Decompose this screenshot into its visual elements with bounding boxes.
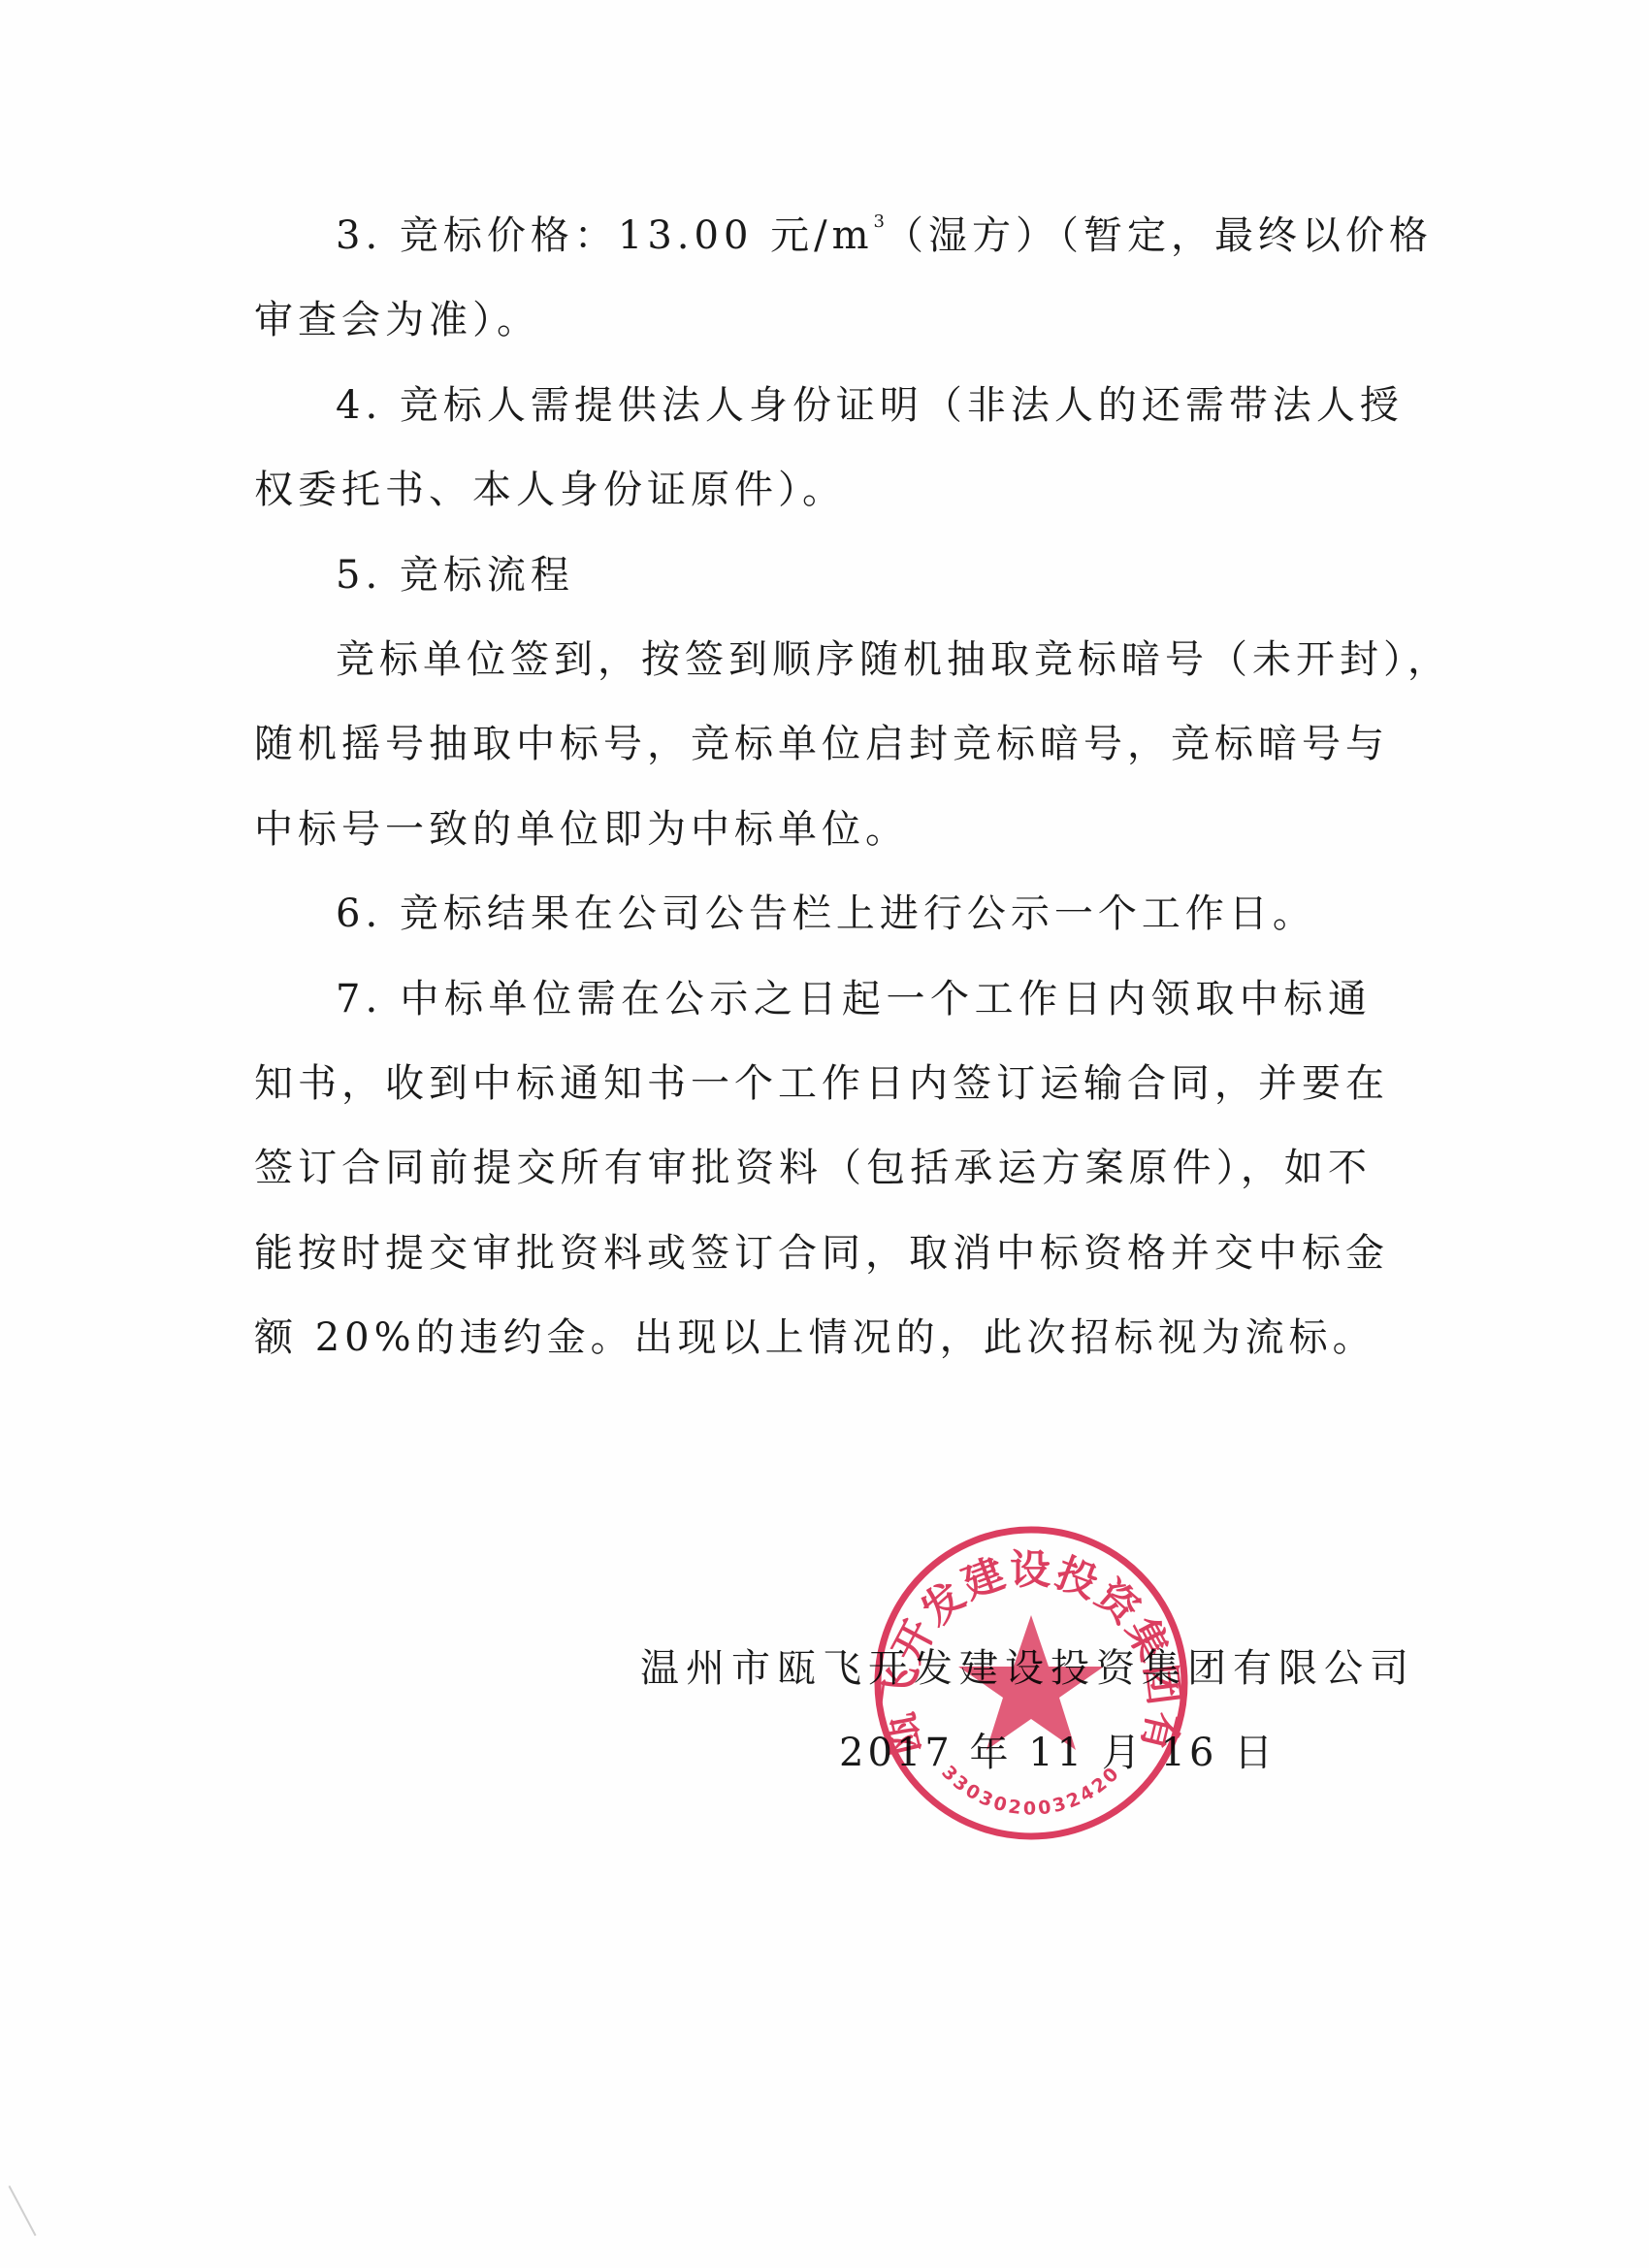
- item-3-line-1: 3. 竞标价格：13.00 元/m3（湿方）（暂定，最终以价格: [254, 194, 1372, 278]
- item-4-line-2: 权委托书、本人身份证原件）。: [254, 448, 1372, 533]
- seal-code: 3303020032420: [937, 1762, 1124, 1820]
- item-7-line-4: 能按时提交审批资料或签订合同，取消中标资格并交中标金: [254, 1212, 1372, 1296]
- company-seal: 温州市瓯飞开发建设投资集团有限公司 3303020032420: [871, 1523, 1191, 1843]
- item-5-line-3: 中标号一致的单位即为中标单位。: [254, 788, 1372, 872]
- item-7-line-1: 7. 中标单位需在公示之日起一个工作日内领取中标通: [254, 957, 1372, 1042]
- document-body: 3. 竞标价格：13.00 元/m3（湿方）（暂定，最终以价格 审查会为准）。 …: [254, 194, 1372, 1380]
- item-6-line-1: 6. 竞标结果在公司公告栏上进行公示一个工作日。: [254, 872, 1372, 956]
- item-7-line-5: 额 20%的违约金。出现以上情况的，此次招标视为流标。: [254, 1296, 1372, 1380]
- item-3-line-2: 审查会为准）。: [254, 278, 1372, 363]
- item-5-line-1: 竞标单位签到，按签到顺序随机抽取竞标暗号（未开封），: [254, 618, 1372, 702]
- item-3-text-cont: （湿方）（暂定，最终以价格: [885, 213, 1433, 258]
- scan-artifact: [9, 2186, 37, 2236]
- item-7-line-3: 签订合同前提交所有审批资料（包括承运方案原件），如不: [254, 1126, 1372, 1211]
- item-7-line-2: 知书，收到中标通知书一个工作日内签订运输合同，并要在: [254, 1042, 1372, 1126]
- item-5-heading: 5. 竞标流程: [254, 534, 1372, 618]
- item-3-text: 3. 竞标价格：13.00 元/m: [336, 213, 874, 258]
- star-icon: [958, 1615, 1104, 1750]
- document-page: 3. 竞标价格：13.00 元/m3（湿方）（暂定，最终以价格 审查会为准）。 …: [0, 0, 1649, 2268]
- cubic-superscript: 3: [874, 211, 885, 232]
- item-4-line-1: 4. 竞标人需提供法人身份证明（非法人的还需带法人授: [254, 364, 1372, 448]
- item-5-line-2: 随机摇号抽取中标号，竞标单位启封竞标暗号，竞标暗号与: [254, 702, 1372, 787]
